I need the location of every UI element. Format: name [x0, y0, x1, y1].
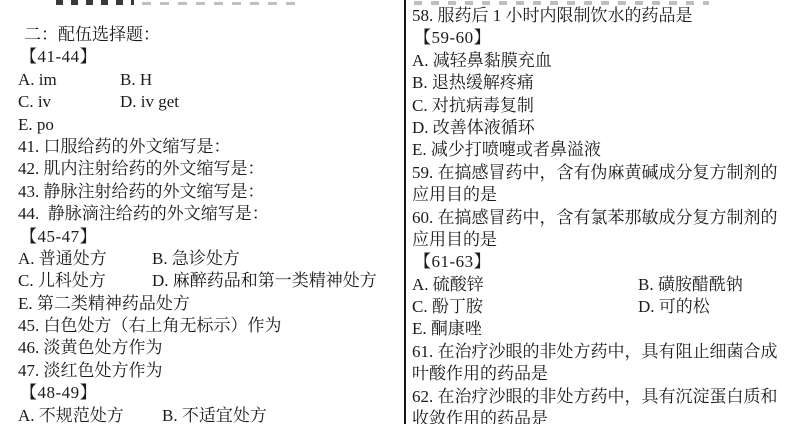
option-e-po: E. po	[18, 114, 404, 136]
option-b-emergency-prescription: B. 急诊处方	[152, 248, 240, 270]
option-a-zinc-sulfate: A. 硫酸锌	[412, 274, 638, 296]
option-c-fendingan: C. 酚丁胺	[412, 296, 638, 318]
options-row: A. 不规范处方 B. 不适宜处方	[18, 405, 404, 424]
option-b-inappropriate-prescription: B. 不适宜处方	[162, 405, 267, 424]
option-e-ketoconazole: E. 酮康唑	[412, 318, 800, 340]
group-header-45-47: 【45-47】	[20, 226, 404, 248]
group-header-61-63: 【61-63】	[414, 251, 800, 273]
question-61-continued: 叶酸作用的药品是	[412, 363, 800, 385]
option-c-antiviral: C. 对抗病毒复制	[412, 95, 800, 117]
option-d-narcotic-prescription: D. 麻醉药品和第一类精神处方	[152, 270, 377, 292]
option-b-fever-pain-relief: B. 退热缓解疼痛	[412, 72, 800, 94]
options-row: A. 硫酸锌 B. 磺胺醋酰钠	[412, 274, 800, 296]
question-60: 60. 在搞感冒药中，含有氯苯那敏成分复方制剂的	[412, 207, 800, 229]
question-59: 59. 在搞感冒药中，含有伪麻黄碱成分复方制剂的	[412, 162, 800, 184]
group-header-48-49: 【48-49】	[20, 382, 404, 404]
option-a-im: A. im	[18, 69, 120, 91]
right-column: 58. 服药后 1 小时内限制饮水的药品是 【59-60】 A. 减轻鼻黏膜充血…	[406, 0, 800, 424]
question-43: 43. 静脉注射给药的外文缩写是：	[18, 181, 404, 203]
option-b-h: B. H	[120, 69, 152, 91]
question-62-continued: 收敛作用的药品是	[412, 408, 800, 424]
group-header-41-44: 【41-44】	[20, 46, 404, 68]
left-column: 二：配伍选择题： 【41-44】 A. im B. H C. iv D. iv …	[0, 0, 404, 424]
question-60-continued: 应用目的是	[412, 229, 800, 251]
question-47: 47. 淡红色处方作为	[18, 360, 404, 382]
question-41: 41. 口服给药的外文缩写是：	[18, 136, 404, 158]
question-58: 58. 服药后 1 小时内限制饮水的药品是	[412, 5, 800, 27]
options-row: C. 酚丁胺 D. 可的松	[412, 296, 800, 318]
options-row: A. im B. H	[18, 69, 404, 91]
options-row: A. 普通处方 B. 急诊处方	[18, 248, 404, 270]
question-61: 61. 在治疗沙眼的非处方药中，具有阻止细菌合成	[412, 341, 800, 363]
option-e-class2-psychotropic: E. 第二类精神药品处方	[18, 293, 404, 315]
options-row: C. iv D. iv get	[18, 91, 404, 113]
option-c-pediatric-prescription: C. 儿科处方	[18, 270, 152, 292]
section-title: 二：配伍选择题：	[24, 24, 404, 46]
option-d-ivget: D. iv get	[120, 91, 179, 113]
option-a-nonstandard-prescription: A. 不规范处方	[18, 405, 162, 424]
question-59-continued: 应用目的是	[412, 184, 800, 206]
group-header-59-60: 【59-60】	[414, 27, 800, 49]
options-row: C. 儿科处方 D. 麻醉药品和第一类精神处方	[18, 270, 404, 292]
question-42: 42. 肌内注射给药的外文缩写是：	[18, 158, 404, 180]
option-c-iv: C. iv	[18, 91, 120, 113]
option-e-reduce-sneezing: E. 减少打喷嚏或者鼻溢液	[412, 139, 800, 161]
question-46: 46. 淡黄色处方作为	[18, 337, 404, 359]
option-d-cortisone: D. 可的松	[638, 296, 710, 318]
question-44: 44. 静脉滴注给药的外文缩写是：	[18, 203, 404, 225]
option-b-sulfacetamide-sodium: B. 磺胺醋酰钠	[638, 274, 743, 296]
question-45: 45. 白色处方（右上角无标示）作为	[18, 315, 404, 337]
question-62: 62. 在治疗沙眼的非处方药中，具有沉淀蛋白质和	[412, 386, 800, 408]
option-d-fluid-circulation: D. 改善体液循环	[412, 117, 800, 139]
exam-document-page: 二：配伍选择题： 【41-44】 A. im B. H C. iv D. iv …	[0, 0, 800, 424]
option-a-ordinary-prescription: A. 普通处方	[18, 248, 152, 270]
option-a-nasal-decongestion: A. 减轻鼻黏膜充血	[412, 50, 800, 72]
